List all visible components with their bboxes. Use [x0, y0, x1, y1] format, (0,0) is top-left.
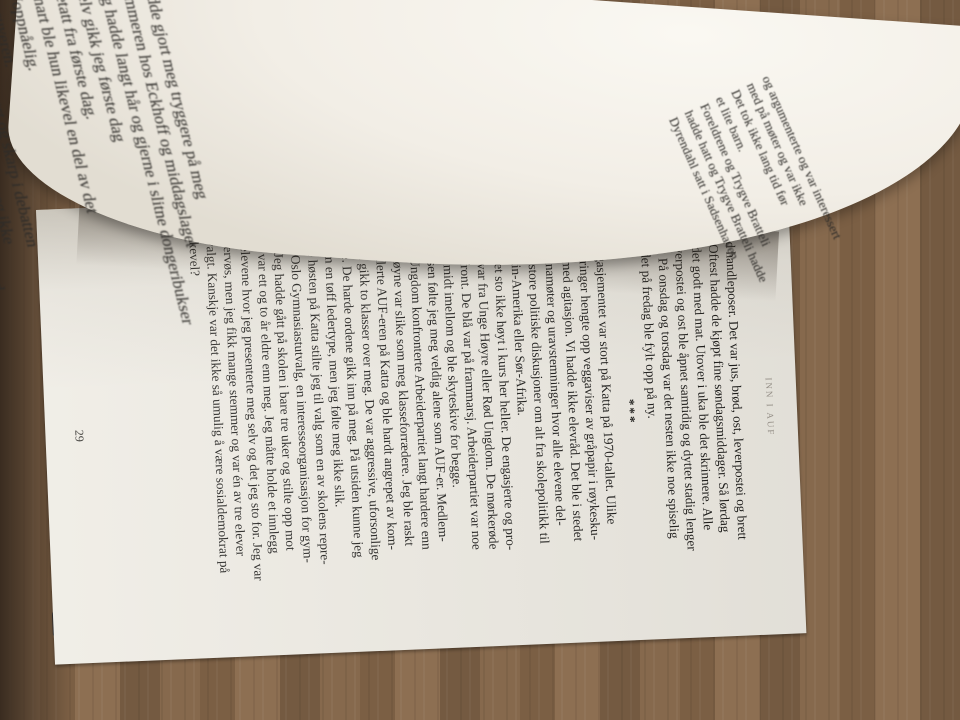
book-page-left-curled: hadde gjort meg tryggere på meg sommeren… — [1, 0, 960, 301]
